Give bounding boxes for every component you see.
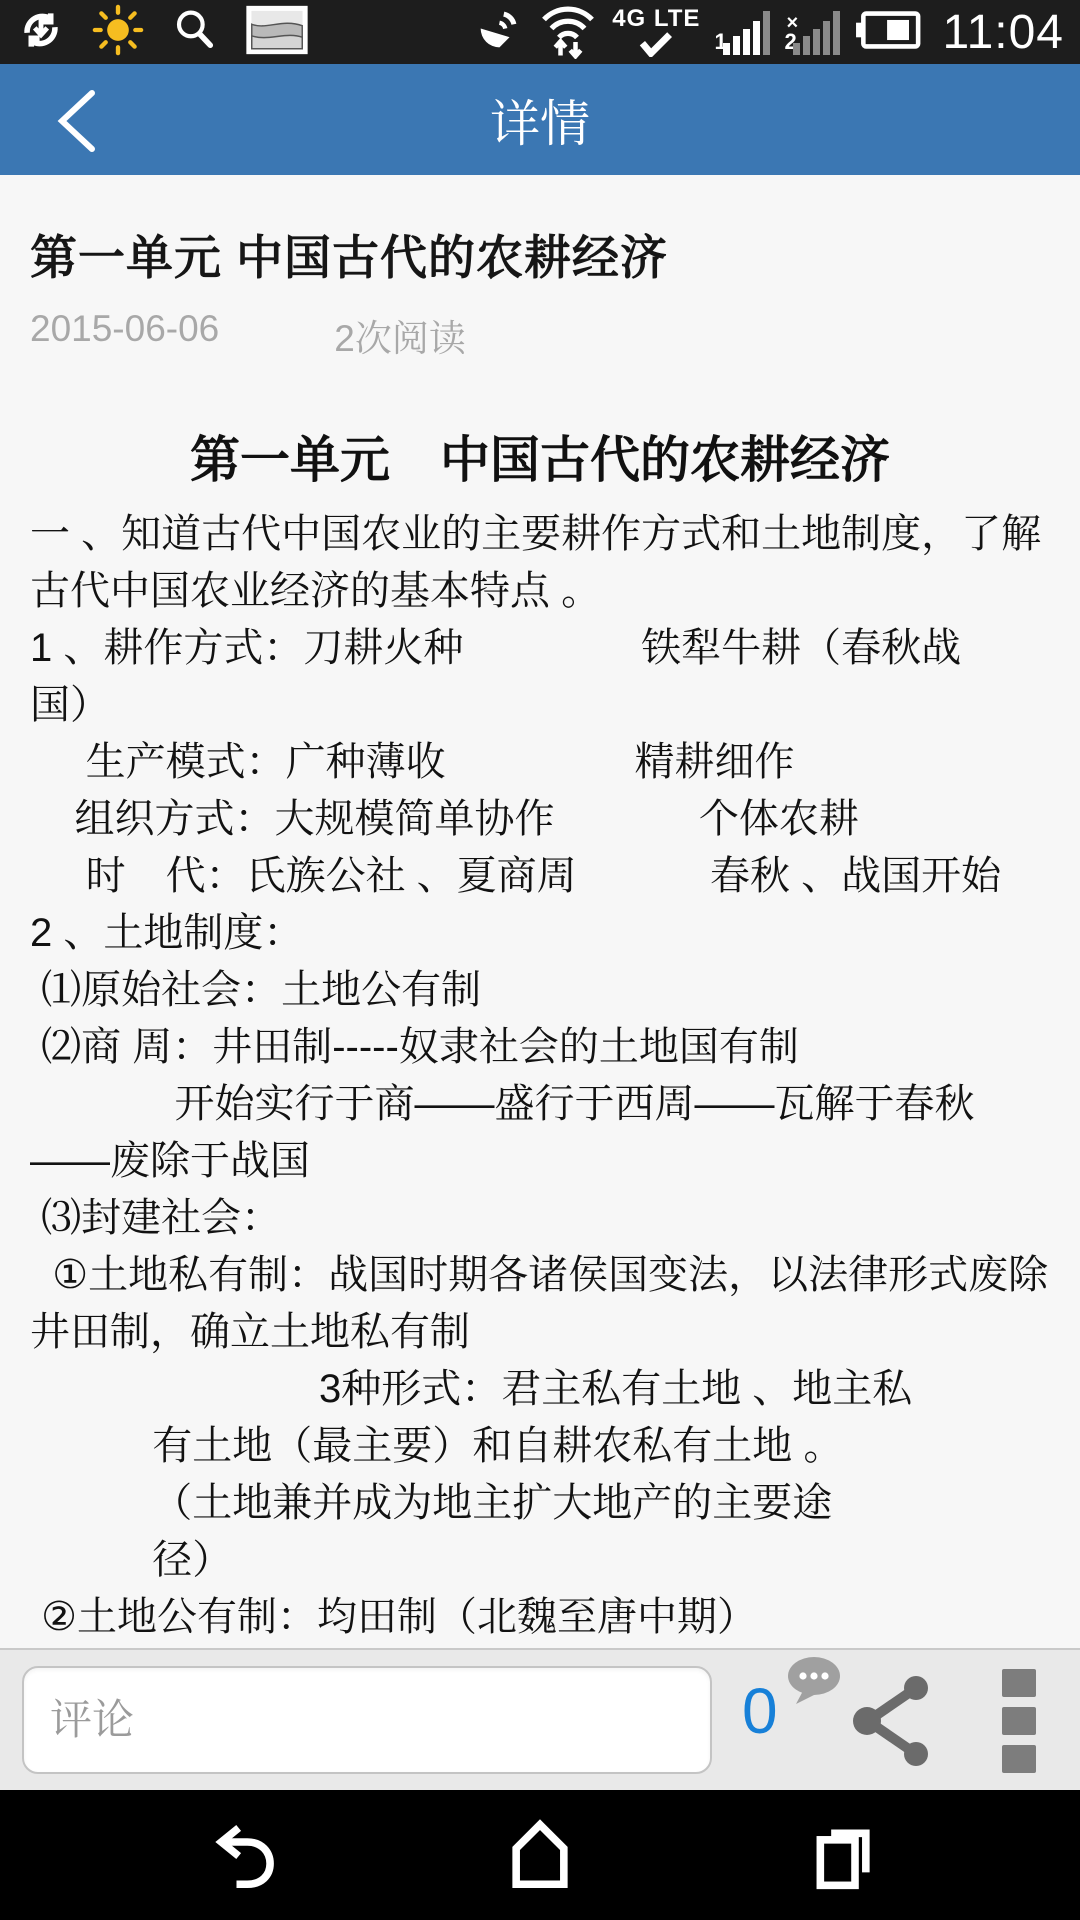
article-line: 生产模式：广种薄收 精耕细作: [30, 734, 1050, 791]
more-menu-icon: [1002, 1707, 1036, 1735]
article-line: 1 、耕作方式：刀耕火种 铁犁牛耕（春秋战: [30, 620, 1050, 677]
wifi-icon: [538, 1, 598, 64]
screenshot-icon: [246, 5, 308, 60]
article-heading: 第一单元 中国古代的农耕经济: [30, 420, 1050, 492]
nav-back-button[interactable]: [204, 1816, 282, 1899]
article-content: 第一单元 中国古代的农耕经济 2015-06-06 2次阅读 第一单元 中国古代…: [0, 175, 1080, 1648]
share-button[interactable]: [852, 1674, 934, 1768]
status-system-icons: 4G LTE 1 × 2: [472, 1, 1064, 64]
network-check-icon: [639, 31, 673, 57]
article-line: 3种形式：君主私有土地 、地主私: [30, 1361, 1050, 1418]
network-type: 4G LTE: [612, 7, 700, 57]
article-meta: 2015-06-06 2次阅读: [30, 308, 1050, 362]
phone-screen: 4G LTE 1 × 2: [0, 0, 1080, 1920]
more-menu-button[interactable]: [1002, 1666, 1038, 1776]
signal-sim2-icon: × 2: [784, 5, 840, 59]
article-line: 开始实行于商——盛行于西周——瓦解于春秋: [30, 1076, 1050, 1133]
share-icon: [852, 1674, 934, 1768]
nav-home-button[interactable]: [501, 1816, 579, 1899]
gps-icon: [472, 4, 524, 61]
network-type-label: 4G LTE: [612, 7, 700, 31]
status-bar: 4G LTE 1 × 2: [0, 0, 1080, 64]
page-title: 详情: [0, 64, 1080, 175]
more-menu-icon: [1002, 1745, 1036, 1773]
article-line: 井田制，确立土地私有制: [30, 1304, 1050, 1361]
back-icon: [204, 1816, 282, 1894]
article-line: ⑵商 周：井田制-----奴隶社会的土地国有制: [30, 1019, 1050, 1076]
article-read-count: 2次阅读: [334, 308, 466, 362]
article-body: 一 、知道古代中国农业的主要耕作方式和土地制度，了解 古代中国农业经济的基本特点…: [30, 506, 1050, 1648]
article-title: 第一单元 中国古代的农耕经济: [30, 221, 1050, 288]
article-line: ②土地公有制：均田制（北魏至唐中期）: [30, 1589, 1050, 1646]
article-line: 2 、土地制度：: [30, 905, 1050, 962]
comments-button[interactable]: 0: [738, 1656, 848, 1786]
article-line: （土地兼并成为地主扩大地产的主要途: [30, 1475, 1050, 1532]
status-notification-icons: [16, 4, 308, 61]
sync-icon: [16, 5, 66, 60]
comment-bubble-icon: [786, 1656, 842, 1715]
article-line: 一 、知道古代中国农业的主要耕作方式和土地制度，了解: [30, 506, 1050, 563]
article-line: 古代中国农业经济的基本特点 。: [30, 563, 1050, 620]
article-date: 2015-06-06: [30, 308, 219, 362]
comment-toolbar: 0: [0, 1648, 1080, 1790]
search-icon: [170, 5, 220, 60]
article-line: 组织方式：大规模简单协作 个体农耕: [30, 791, 1050, 848]
article-line: 国）: [30, 677, 1050, 734]
article-line: 时 代：氏族公社 、夏商周 春秋 、战国开始: [30, 848, 1050, 905]
signal-sim1-icon: 1: [714, 5, 770, 59]
more-menu-icon: [1002, 1669, 1036, 1697]
battery-icon: [854, 9, 922, 56]
comment-input[interactable]: [22, 1666, 712, 1774]
navigation-bar: [0, 1790, 1080, 1920]
article-line: ⑴原始社会：土地公有制: [30, 962, 1050, 1019]
article-line: ——废除于战国: [30, 1133, 1050, 1190]
article-line: ①土地私有制：战国时期各诸侯国变法，以法律形式废除: [30, 1247, 1050, 1304]
app-header: 详情: [0, 64, 1080, 175]
article-line: ⑶封建社会：: [30, 1190, 1050, 1247]
recents-icon: [803, 1816, 881, 1894]
home-icon: [501, 1816, 579, 1894]
clock: 11:04: [942, 5, 1064, 60]
comment-count: 0: [742, 1674, 778, 1748]
nav-recents-button[interactable]: [803, 1816, 881, 1899]
brightness-icon: [92, 4, 144, 61]
article-line: 径）: [30, 1532, 1050, 1589]
article-line: 有土地（最主要）和自耕农私有土地 。: [30, 1418, 1050, 1475]
